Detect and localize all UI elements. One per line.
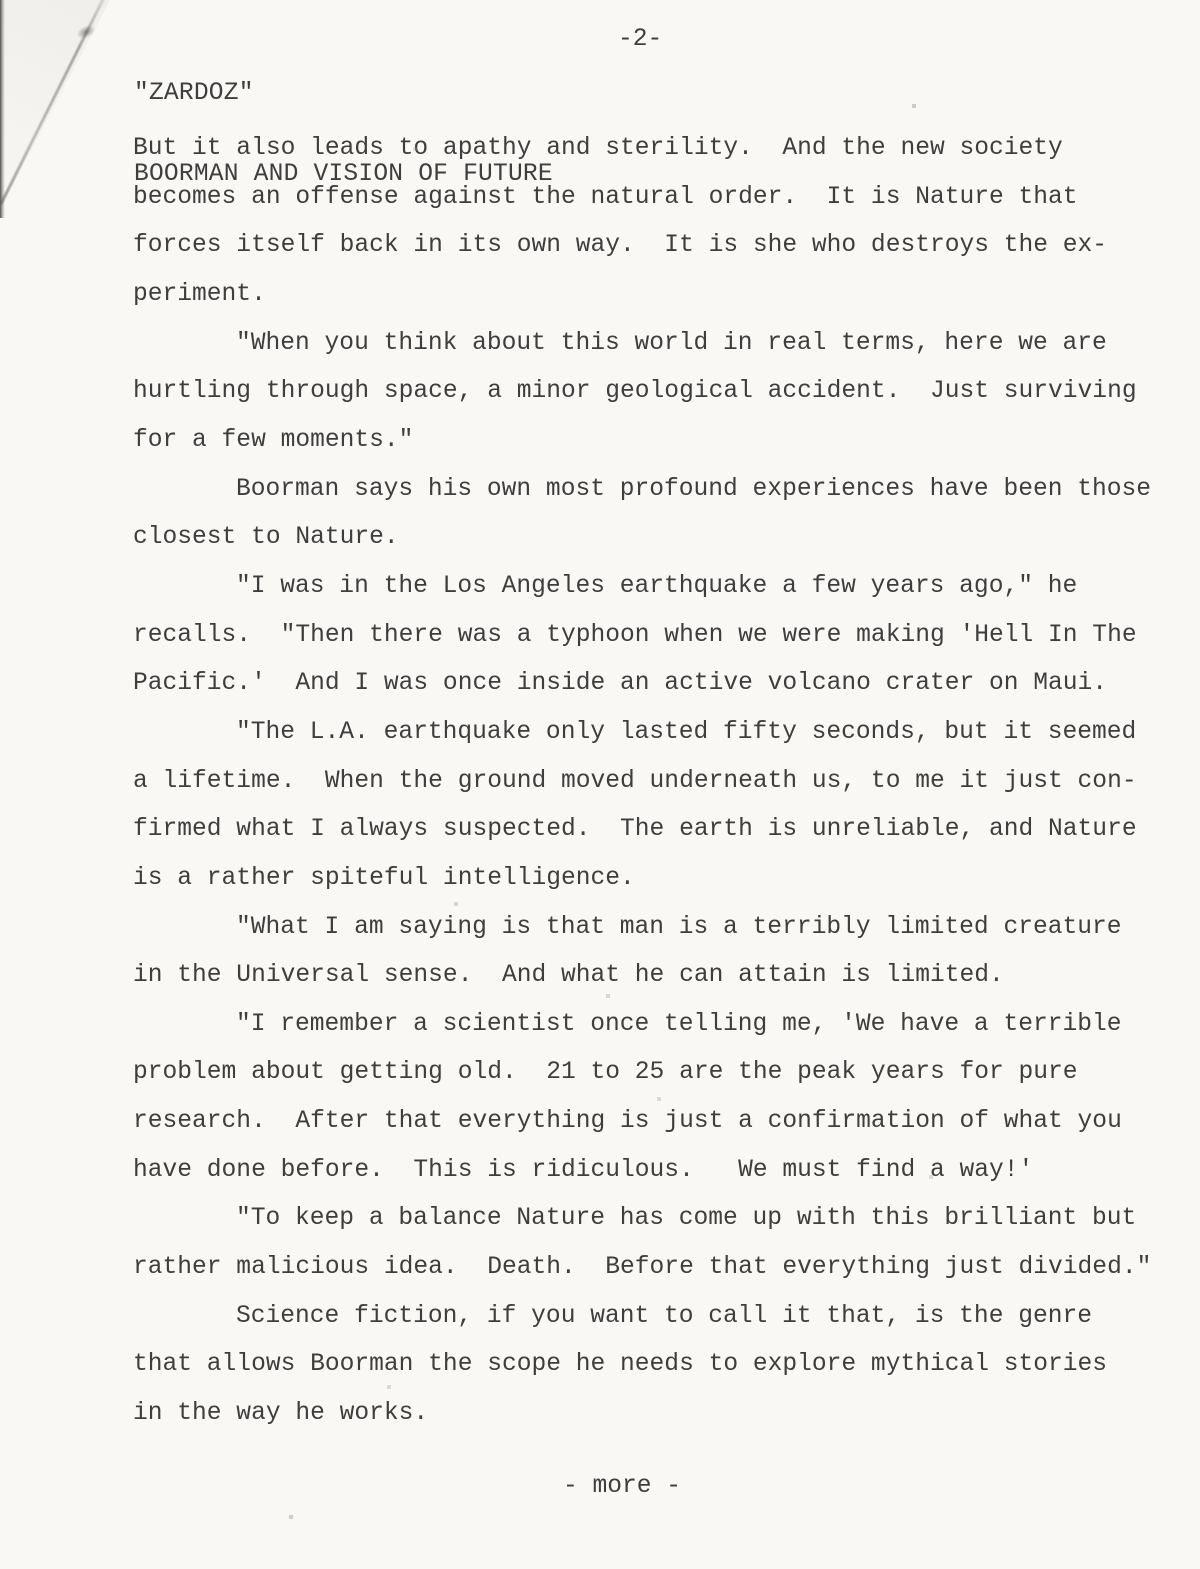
text-line: hurtling through space, a minor geologic… bbox=[133, 368, 1173, 417]
text-line: have done before. This is ridiculous. We… bbox=[133, 1147, 1173, 1196]
text-line: research. After that everything is just … bbox=[133, 1098, 1173, 1147]
document-body: But it also leads to apathy and sterilit… bbox=[133, 125, 1173, 1439]
page-edge-shadow bbox=[0, 0, 5, 218]
text-line: Pacific.' And I was once inside an activ… bbox=[133, 660, 1173, 709]
text-line: firmed what I always suspected. The eart… bbox=[133, 806, 1173, 855]
text-line: "What I am saying is that man is a terri… bbox=[133, 904, 1173, 953]
text-line: problem about getting old. 21 to 25 are … bbox=[133, 1049, 1173, 1098]
text-line: becomes an offense against the natural o… bbox=[133, 174, 1173, 223]
text-line: "I was in the Los Angeles earthquake a f… bbox=[133, 563, 1173, 612]
text-line: Science fiction, if you want to call it … bbox=[133, 1293, 1173, 1342]
text-line: in the way he works. bbox=[133, 1390, 1173, 1439]
text-line: a lifetime. When the ground moved undern… bbox=[133, 758, 1173, 807]
text-line: rather malicious idea. Death. Before tha… bbox=[133, 1244, 1173, 1293]
film-title: "ZARDOZ" bbox=[134, 80, 553, 107]
text-line: forces itself back in its own way. It is… bbox=[133, 222, 1173, 271]
text-line: But it also leads to apathy and sterilit… bbox=[133, 125, 1173, 174]
text-line: closest to Nature. bbox=[133, 514, 1173, 563]
text-line: for a few moments." bbox=[133, 417, 1173, 466]
text-line: "The L.A. earthquake only lasted fifty s… bbox=[133, 709, 1173, 758]
page-number: -2- bbox=[618, 26, 662, 53]
text-line: "To keep a balance Nature has come up wi… bbox=[133, 1195, 1173, 1244]
text-line: in the Universal sense. And what he can … bbox=[133, 952, 1173, 1001]
text-line: Boorman says his own most profound exper… bbox=[133, 466, 1173, 515]
text-line: "I remember a scientist once telling me,… bbox=[133, 1001, 1173, 1050]
text-line: recalls. "Then there was a typhoon when … bbox=[133, 612, 1173, 661]
continuation-marker: - more - bbox=[563, 1472, 681, 1502]
text-line: is a rather spiteful intelligence. bbox=[133, 855, 1173, 904]
text-line: that allows Boorman the scope he needs t… bbox=[133, 1341, 1173, 1390]
text-line: periment. bbox=[133, 271, 1173, 320]
scanned-document-page: "ZARDOZ" BOORMAN AND VISION OF FUTURE -2… bbox=[0, 0, 1200, 1569]
text-line: "When you think about this world in real… bbox=[133, 320, 1173, 369]
